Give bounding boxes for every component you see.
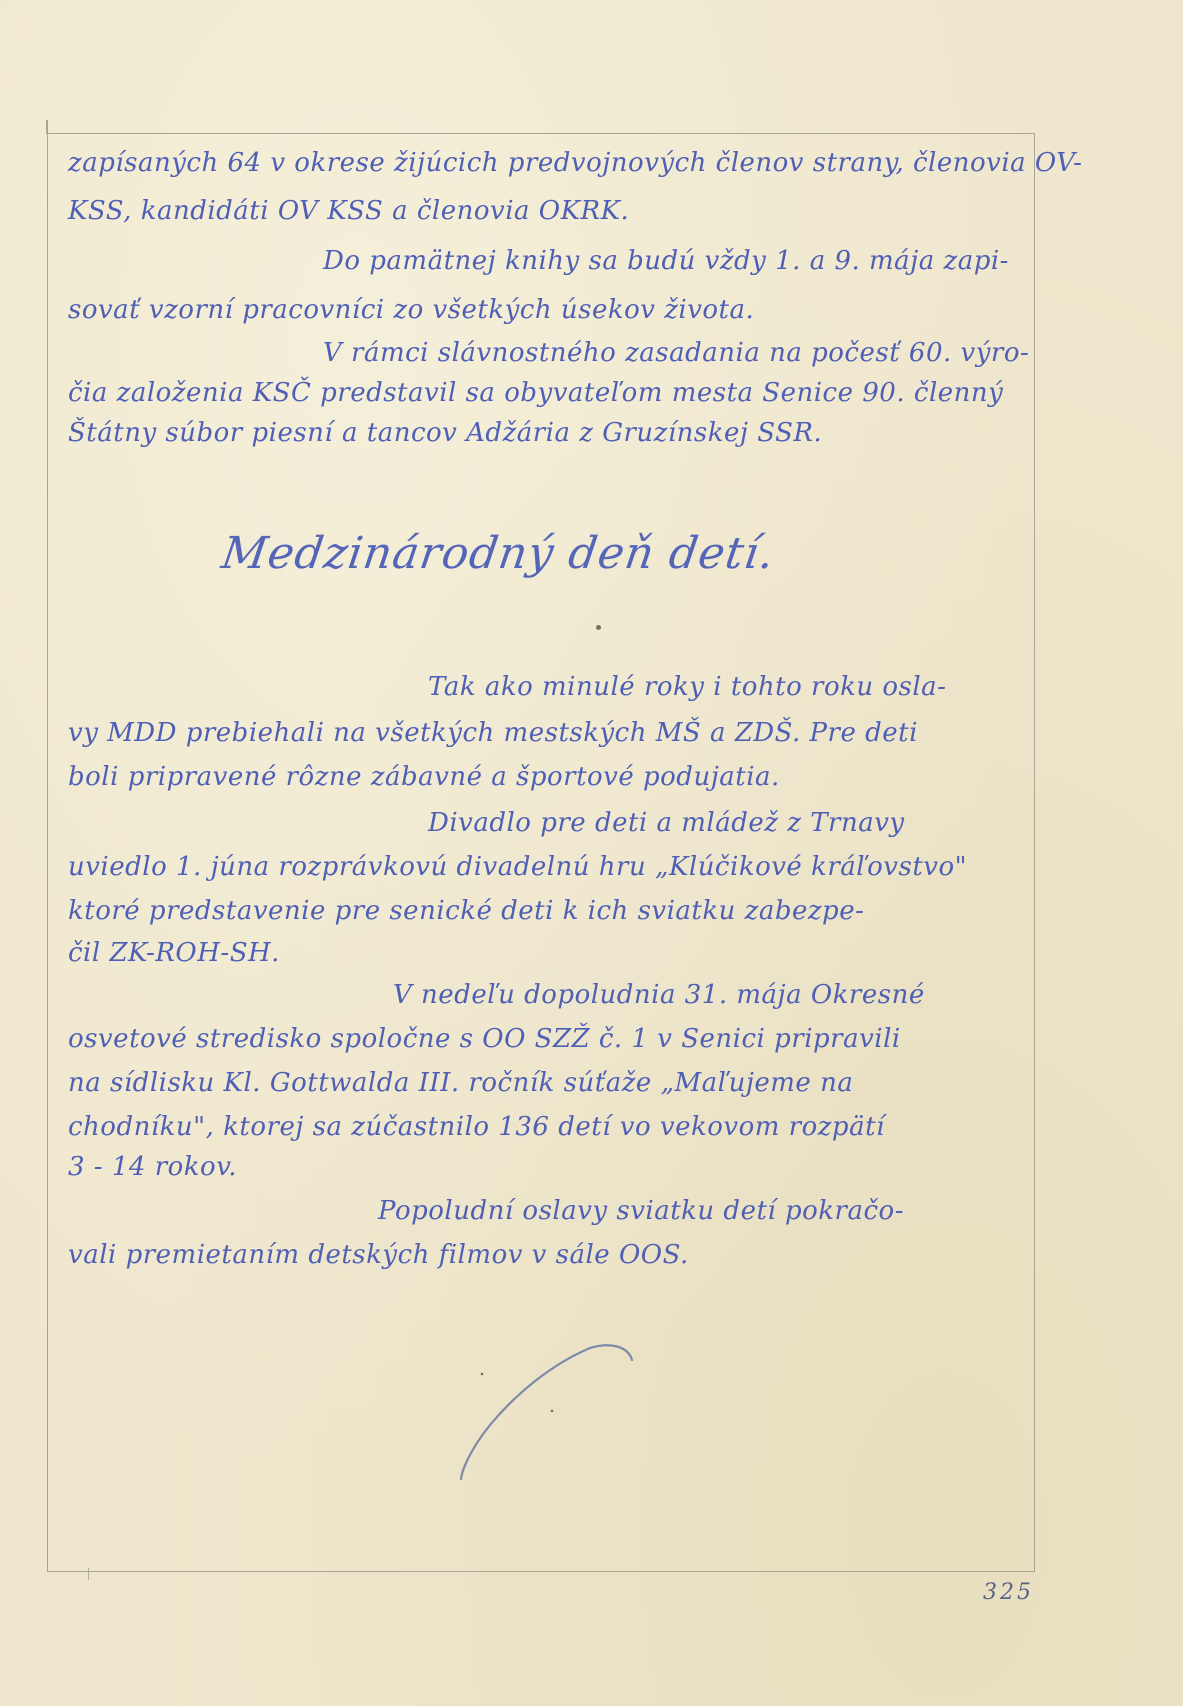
- text-line: Štátny súbor piesní a tancov Adžária z G…: [68, 418, 822, 448]
- text-line: Do pamätnej knihy sa budú vždy 1. a 9. m…: [323, 246, 1009, 276]
- text-line: čia založenia KSČ predstavil sa obyvateľ…: [68, 378, 1003, 408]
- frame-tick-mark-bottom: [88, 1568, 89, 1580]
- text-line: vy MDD prebiehali na všetkých mestských …: [68, 718, 918, 748]
- text-line: chodníku", ktorej sa zúčastnilo 136 detí…: [68, 1112, 885, 1142]
- text-line: ktoré predstavenie pre senické deti k ic…: [68, 896, 864, 926]
- text-line: zapísaných 64 v okrese žijúcich predvojn…: [68, 148, 1082, 178]
- text-line: V rámci slávnostného zasadania na počesť…: [323, 338, 1029, 368]
- text-line: čil ZK-ROH-SH.: [68, 938, 280, 968]
- text-line: Popoludní oslavy sviatku detí pokračo-: [378, 1196, 904, 1226]
- page-number: 325: [983, 1580, 1034, 1605]
- text-line: vali premietaním detských filmov v sále …: [68, 1240, 689, 1270]
- frame-tick-mark-top: [46, 120, 48, 134]
- text-line: Divadlo pre deti a mládež z Trnavy: [428, 808, 905, 838]
- text-line: 3 - 14 rokov.: [68, 1152, 237, 1182]
- signature-stroke-icon: [400, 1340, 650, 1560]
- text-line: osvetové stredisko spoločne s OO SZŽ č. …: [68, 1024, 901, 1054]
- ink-dot: [596, 625, 601, 630]
- text-line: KSS, kandidáti OV KSS a členovia OKRK.: [68, 196, 629, 226]
- text-line: uviedlo 1. júna rozprávkovú divadelnú hr…: [68, 852, 967, 882]
- text-line: V nedeľu dopoludnia 31. mája Okresné: [393, 980, 925, 1010]
- text-line: sovať vzorní pracovníci zo všetkých úsek…: [68, 295, 754, 325]
- text-line: na sídlisku Kl. Gottwalda III. ročník sú…: [68, 1068, 853, 1098]
- section-heading: Medzinárodný deň detí.: [218, 528, 778, 579]
- text-line: Tak ako minulé roky i tohto roku osla-: [428, 672, 946, 702]
- text-line: boli pripravené rôzne zábavné a športové…: [68, 762, 780, 792]
